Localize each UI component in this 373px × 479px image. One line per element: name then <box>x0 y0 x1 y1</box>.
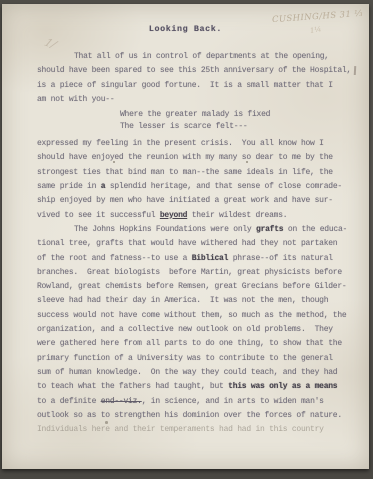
typed-line: sum of human knowledge. On the way they … <box>37 366 367 380</box>
pencil-dot-mark <box>105 421 108 424</box>
typed-line: The lesser is scarce felt--- <box>120 121 367 133</box>
pencil-dot-mark <box>246 161 248 163</box>
typed-line: expressed my feeling in the present cris… <box>37 137 367 151</box>
typed-line: ship enjoyed by men who have initiated a… <box>37 194 367 208</box>
typescript-page: CUSHING/HS 31 ⅓ 1¼ 1/ Looking Back. That… <box>2 4 369 469</box>
typed-line: primary function of a University was to … <box>37 352 367 366</box>
typed-line: same pride in a splendid heritage, and t… <box>37 180 367 194</box>
typed-line: Individuals here and their temperaments … <box>37 423 367 437</box>
typed-line: were gathered here from all parts to do … <box>37 337 367 351</box>
typed-line: should have been spared to see this 25th… <box>37 64 367 78</box>
typed-line: organization, and a collective new outlo… <box>37 323 367 337</box>
typed-line: to a definite end--viz., in science, and… <box>37 395 367 409</box>
typed-line: am not with you-- <box>37 93 367 107</box>
typed-line: The Johns Hopkins Foundations were only … <box>37 223 367 237</box>
typed-line: Rowland, great chemists before Remsen, g… <box>37 280 367 294</box>
typed-line: tional tree, grafts that would have with… <box>37 237 367 251</box>
typed-line: success would not have come without them… <box>37 309 367 323</box>
pencil-corner-mark: 1/ <box>42 36 59 51</box>
typed-line: should have enjoyed the reunion with my … <box>37 151 367 165</box>
typed-text: That all of us in control of departments… <box>37 50 367 437</box>
typed-line: That all of us in control of departments… <box>37 50 367 64</box>
pencil-shelfmark-annotation: CUSHING/HS 31 ⅓ <box>272 9 364 25</box>
typed-line: branches. Great biologists before Martin… <box>37 266 367 280</box>
page-title: Looking Back. <box>2 24 369 34</box>
typed-line: is a piece of singular good fortune. It … <box>37 79 367 93</box>
typed-line: Where the greater malady is fixed <box>120 109 367 121</box>
typed-line: sleeve had had their day in America. It … <box>37 294 367 308</box>
typed-line: outlook so as to strengthen his dominion… <box>37 409 367 423</box>
pencil-dot-mark <box>113 161 115 163</box>
typed-line: to teach what the fathers had taught, bu… <box>37 380 367 394</box>
typed-line: of the root and fatness--to use a Biblic… <box>37 252 367 266</box>
typed-line: vived to see it successful beyond their … <box>37 209 367 223</box>
typed-line: strongest ties that bind man to man--the… <box>37 166 367 180</box>
